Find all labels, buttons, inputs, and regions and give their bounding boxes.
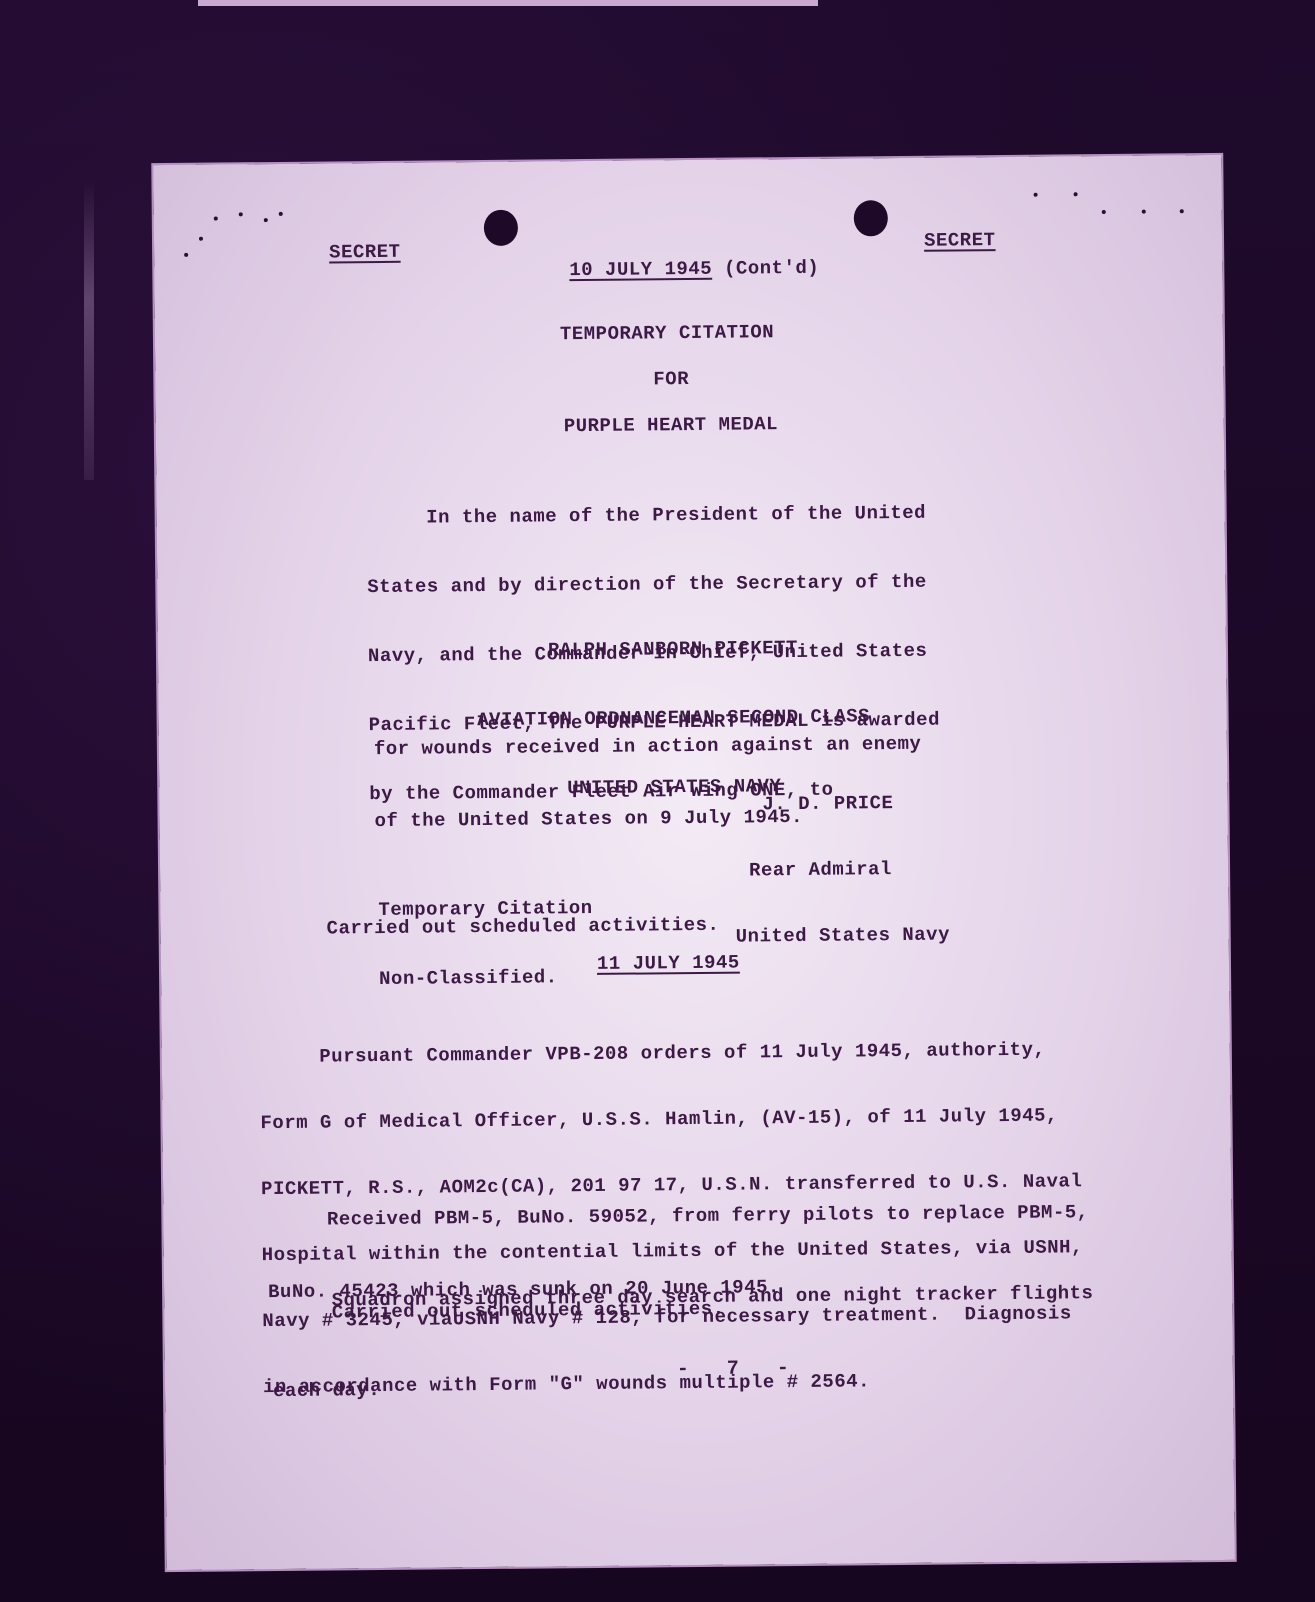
date-heading-2: 11 JULY 1945 xyxy=(597,952,740,975)
classification-right: SECRET xyxy=(924,229,996,252)
medal-name: PURPLE HEART MEDAL xyxy=(564,413,778,437)
film-scratch xyxy=(84,180,94,480)
speck xyxy=(1034,193,1038,197)
classification-left: SECRET xyxy=(329,241,401,264)
speck xyxy=(184,253,188,257)
speck xyxy=(199,237,203,241)
signature-block: J. D. PRICE Rear Admiral United States N… xyxy=(734,748,951,992)
activity-summary-1: Carried out scheduled activities. xyxy=(327,914,720,940)
speck xyxy=(1074,192,1078,196)
paragraph-line: Form G of Medical Officer, U.S.S. Hamlin… xyxy=(260,1104,1081,1134)
paragraph-squadron: Squadron assigned three day search and o… xyxy=(271,1218,1095,1466)
punch-hole-left xyxy=(484,210,518,246)
punch-hole-right xyxy=(854,200,888,236)
document-page: SECRET SECRET 10 JULY 1945 (Cont'd) TEMP… xyxy=(153,155,1234,1570)
date-heading-suffix: (Cont'd) xyxy=(712,257,819,280)
citation-title: TEMPORARY CITATION xyxy=(560,321,774,345)
speck xyxy=(1180,209,1184,213)
date-heading-date: 10 JULY 1945 xyxy=(569,258,712,281)
signer-service: United States Navy xyxy=(736,924,950,948)
signer-rank: Rear Admiral xyxy=(735,858,949,882)
recipient-name: RALPH SANBORN PICKETT xyxy=(448,636,898,663)
speck xyxy=(1102,210,1106,214)
speck xyxy=(1142,210,1146,214)
adjacent-frame-edge xyxy=(198,0,818,6)
citation-line: In the name of the President of the Unit… xyxy=(367,502,938,530)
activity-summary-2: Carried out scheduled activities. xyxy=(272,1298,724,1324)
citation-for: FOR xyxy=(653,368,689,390)
paragraph-line: Pursuant Commander VPB-208 orders of 11 … xyxy=(260,1038,1081,1068)
page-number: - 7 - xyxy=(677,1357,790,1381)
speck xyxy=(239,212,243,216)
speck xyxy=(264,218,268,222)
speck xyxy=(214,217,218,221)
date-heading: 10 JULY 1945 (Cont'd) xyxy=(569,257,819,281)
note-line: Non-Classified. xyxy=(379,966,593,991)
signer-name: J. D. PRICE xyxy=(734,792,948,816)
speck xyxy=(279,212,283,216)
